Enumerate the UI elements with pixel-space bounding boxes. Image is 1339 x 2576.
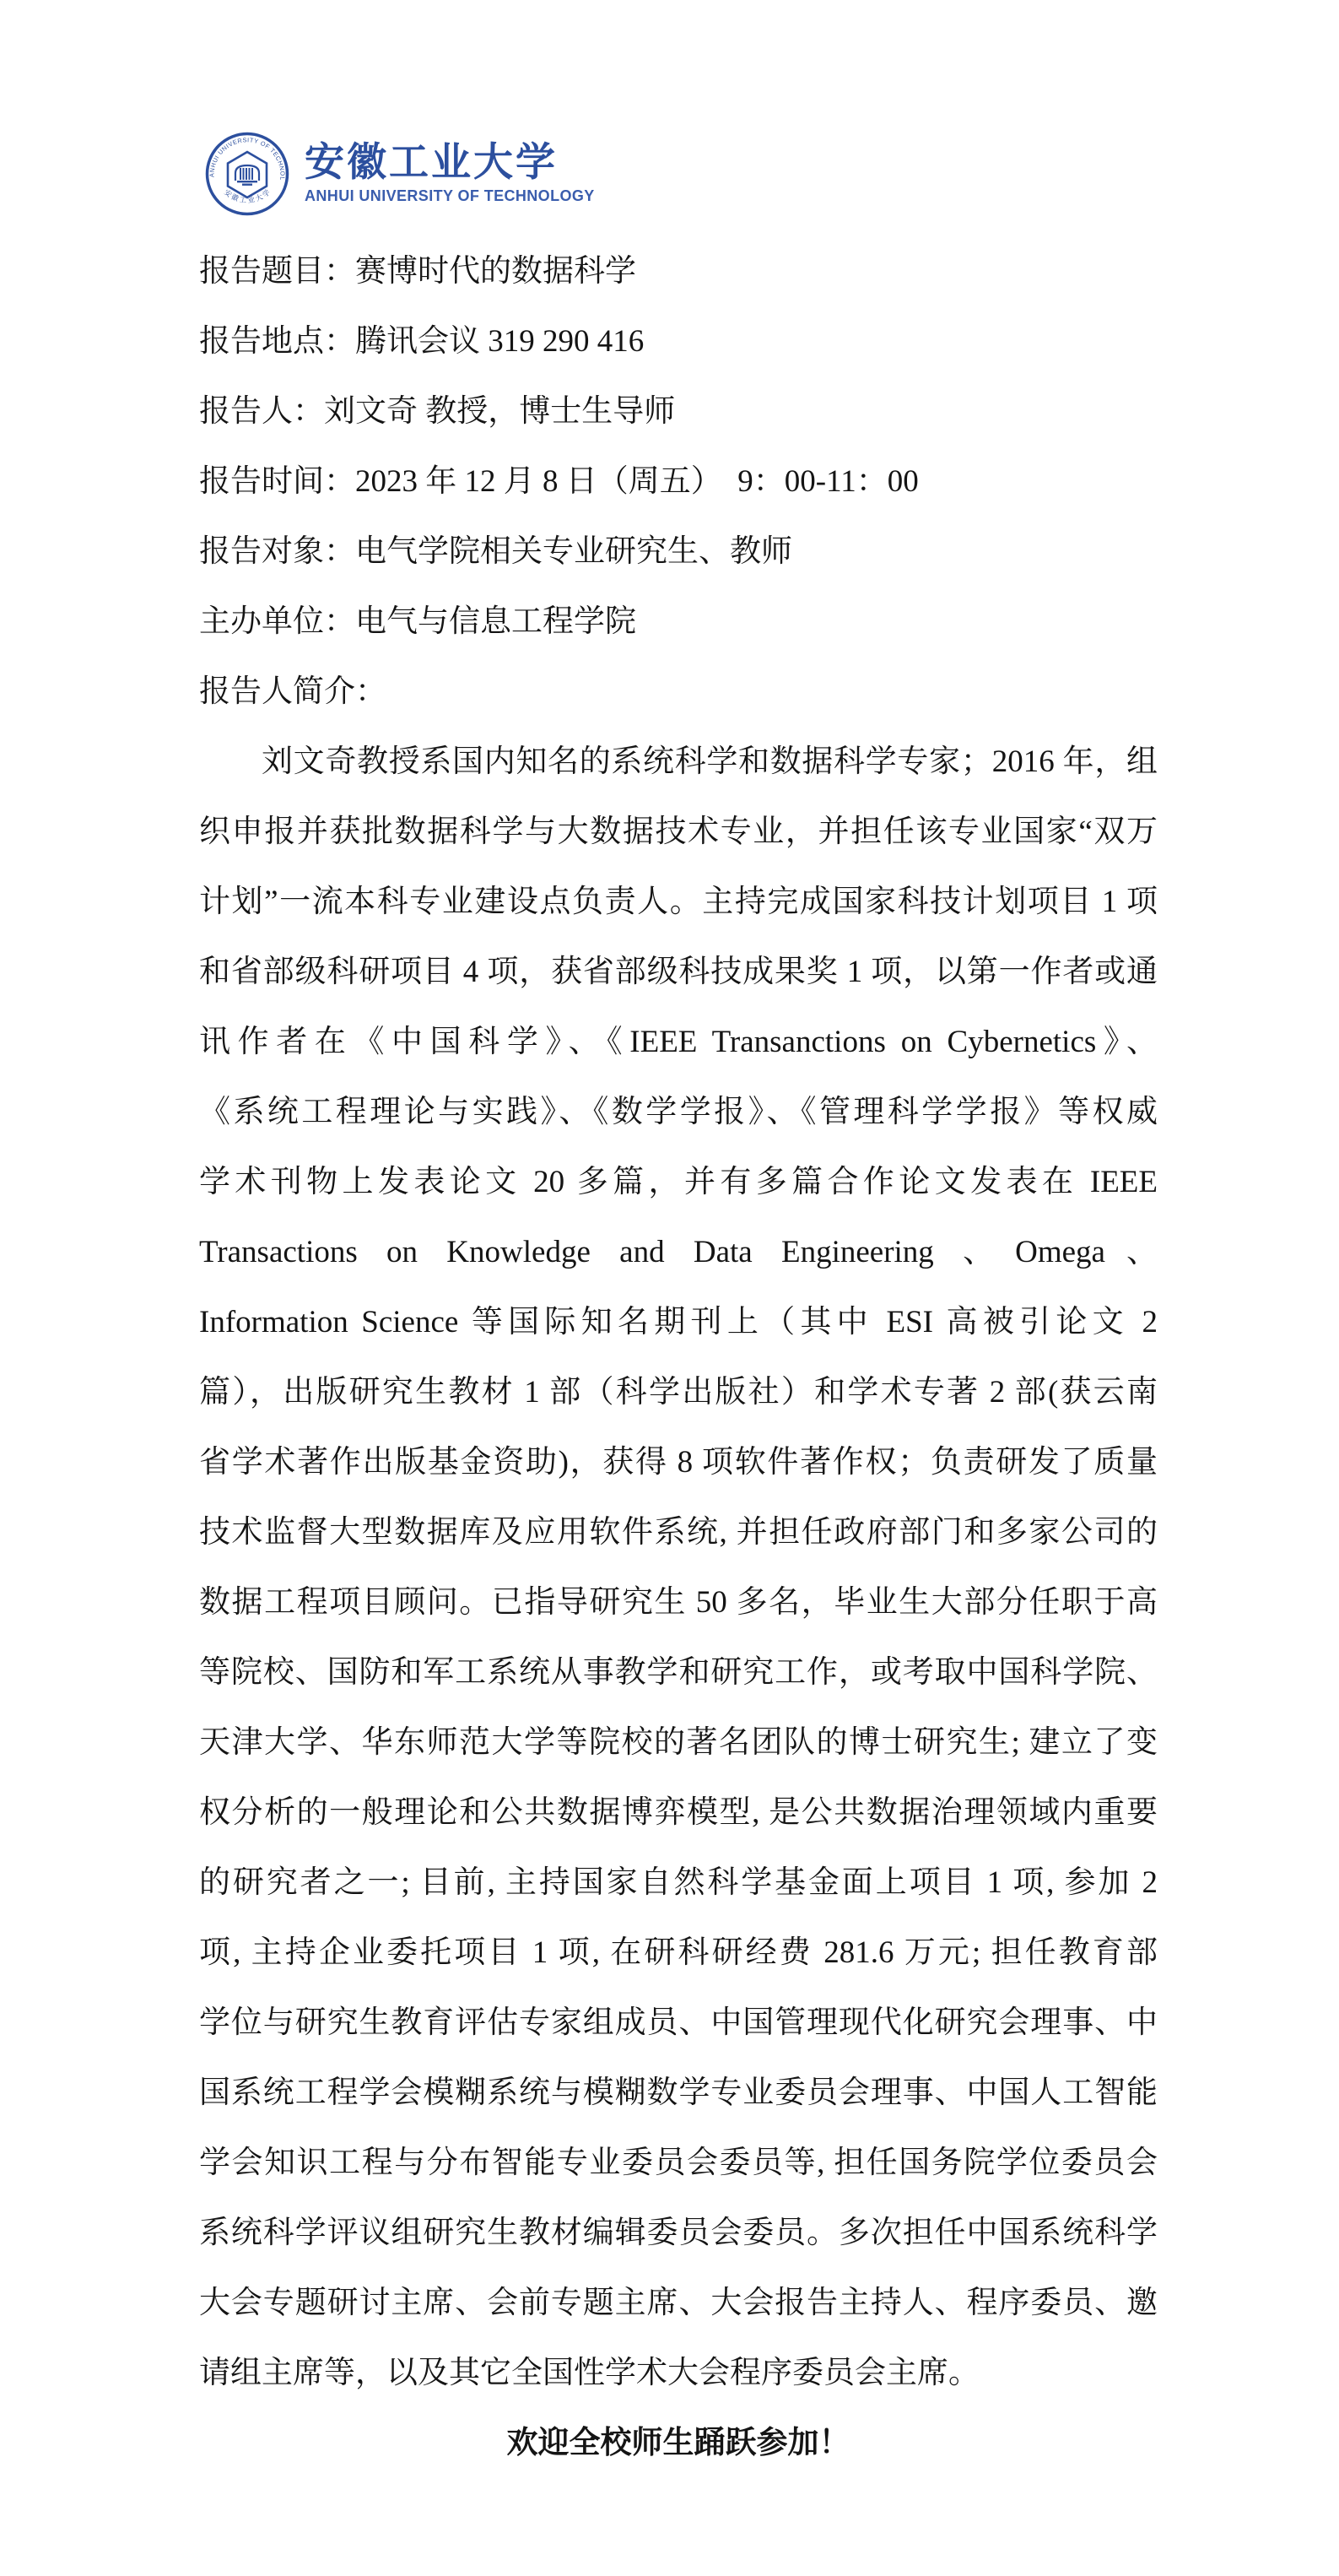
bio-line: Information Science 等国际知名期刊上（其中 ESI 高被引论… bbox=[199, 1287, 1158, 1357]
report-field-line: 报告题目：赛博时代的数据科学 bbox=[199, 236, 1158, 306]
seal-building-icon bbox=[235, 165, 259, 186]
university-name-en: ANHUI UNIVERSITY OF TECHNOLOGY bbox=[305, 187, 595, 205]
announcement-body: 报告题目：赛博时代的数据科学报告地点：腾讯会议 319 290 416报告人：刘… bbox=[199, 236, 1158, 2478]
bio-line: 的研究者之一; 目前, 主持国家自然科学基金面上项目 1 项, 参加 2 bbox=[199, 1848, 1158, 1918]
bio-line: 学术刊物上发表论文 20 多篇，并有多篇合作论文发表在 IEEE bbox=[199, 1147, 1158, 1217]
university-name-block: 安徽工业大学 ANHUI UNIVERSITY OF TECHNOLOGY bbox=[305, 143, 595, 205]
report-field-line: 报告人简介： bbox=[199, 657, 1158, 727]
university-name-zh: 安徽工业大学 bbox=[305, 143, 595, 184]
seal-ring-text-bottom: 安徽工业大学 bbox=[223, 187, 273, 204]
report-field-line: 报告人：刘文奇 教授，博士生导师 bbox=[199, 376, 1158, 446]
bio-line: 数据工程项目顾问。已指导研究生 50 多名，毕业生大部分任职于高 bbox=[199, 1567, 1158, 1637]
document-page: ANHUI UNIVERSITY OF TECHNOLOGY 安徽工业大学 安徽… bbox=[0, 0, 1339, 2576]
bio-line: Transactions on Knowledge and Data Engin… bbox=[199, 1217, 1158, 1287]
bio-line: 大会专题研讨主席、会前专题主席、大会报告主持人、程序委员、邀 bbox=[199, 2268, 1158, 2338]
bio-line: 天津大学、华东师范大学等院校的著名团队的博士研究生; 建立了变 bbox=[199, 1707, 1158, 1778]
report-info-fields: 报告题目：赛博时代的数据科学报告地点：腾讯会议 319 290 416报告人：刘… bbox=[199, 236, 1158, 727]
bio-line: 讯作者在《中国科学》、《IEEE Transanctions on Cybern… bbox=[199, 1007, 1158, 1077]
bio-line: 织申报并获批数据科学与大数据技术专业，并担任该专业国家“双万 bbox=[199, 797, 1158, 867]
university-seal-icon: ANHUI UNIVERSITY OF TECHNOLOGY 安徽工业大学 bbox=[205, 132, 289, 216]
bio-line: 篇），出版研究生教材 1 部（科学出版社）和学术专著 2 部(获云南 bbox=[199, 1357, 1158, 1427]
bio-line: 项, 主持企业委托项目 1 项, 在研科研经费 281.6 万元; 担任教育部 bbox=[199, 1918, 1158, 1988]
bio-line: 刘文奇教授系国内知名的系统科学和数据科学专家；2016 年，组 bbox=[199, 727, 1158, 797]
bio-line: 计划”一流本科专业建设点负责人。主持完成国家科技计划项目 1 项 bbox=[199, 867, 1158, 937]
bio-line: 请组主席等，以及其它全国性学术大会程序委员会主席。 bbox=[199, 2338, 1158, 2408]
svg-text:安徽工业大学: 安徽工业大学 bbox=[223, 187, 273, 204]
bio-line: 系统科学评议组研究生教材编辑委员会委员。多次担任中国系统科学 bbox=[199, 2198, 1158, 2268]
bio-line: 和省部级科研项目 4 项，获省部级科技成果奖 1 项，以第一作者或通 bbox=[199, 937, 1158, 1007]
report-field-line: 报告对象：电气学院相关专业研究生、教师 bbox=[199, 517, 1158, 587]
bio-line: 学位与研究生教育评估专家组成员、中国管理现代化研究会理事、中 bbox=[199, 1988, 1158, 2058]
bio-line: 权分析的一般理论和公共数据博弈模型, 是公共数据治理领域内重要 bbox=[199, 1778, 1158, 1848]
university-logo: ANHUI UNIVERSITY OF TECHNOLOGY 安徽工业大学 安徽… bbox=[205, 132, 595, 216]
report-field-line: 报告时间：2023 年 12 月 8 日（周五） 9：00-11：00 bbox=[199, 446, 1158, 517]
report-field-line: 主办单位：电气与信息工程学院 bbox=[199, 587, 1158, 657]
bio-line: 等院校、国防和军工系统从事教学和研究工作，或考取中国科学院、 bbox=[199, 1637, 1158, 1707]
report-field-line: 报告地点：腾讯会议 319 290 416 bbox=[199, 306, 1158, 376]
bio-line: 《系统工程理论与实践》、《数学学报》、《管理科学学报》等权威 bbox=[199, 1077, 1158, 1147]
speaker-bio-paragraph: 刘文奇教授系国内知名的系统科学和数据科学专家；2016 年，组织申报并获批数据科… bbox=[199, 727, 1158, 2408]
bio-line: 学会知识工程与分布智能专业委员会委员等, 担任国务院学位委员会 bbox=[199, 2128, 1158, 2198]
bio-line: 国系统工程学会模糊系统与模糊数学专业委员会理事、中国人工智能 bbox=[199, 2058, 1158, 2128]
bio-line: 技术监督大型数据库及应用软件系统, 并担任政府部门和多家公司的 bbox=[199, 1497, 1158, 1567]
bio-line: 省学术著作出版基金资助)，获得 8 项软件著作权；负责研发了质量 bbox=[199, 1427, 1158, 1497]
closing-line: 欢迎全校师生踊跃参加！ bbox=[199, 2408, 1158, 2478]
